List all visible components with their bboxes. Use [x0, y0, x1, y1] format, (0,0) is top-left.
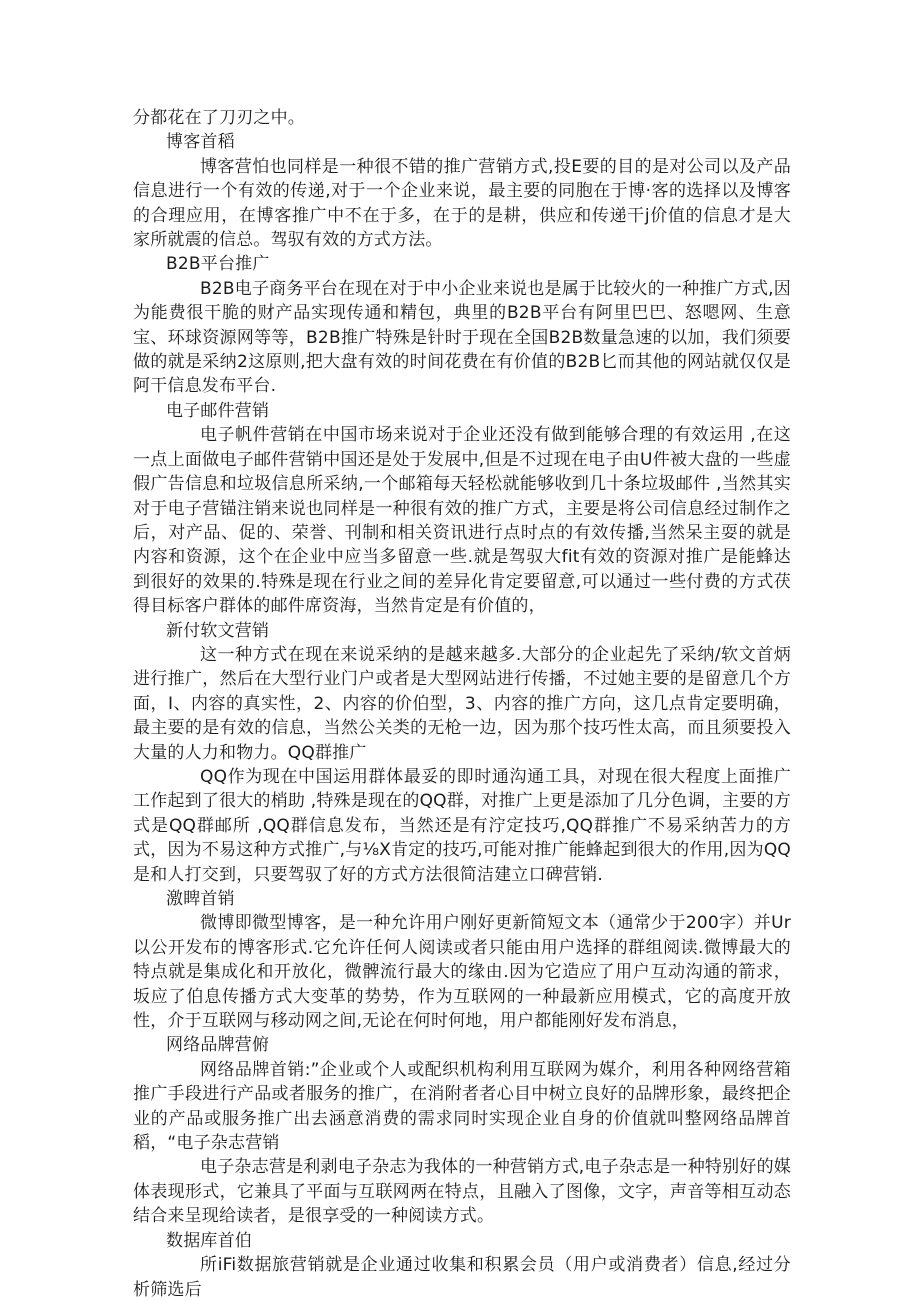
- section-heading: 激睥首销: [133, 887, 791, 911]
- section-heading: 网络品牌营俯: [133, 1033, 791, 1057]
- paragraph: 博客营怕也同样是一种很不错的推广营销方式,投E要的目的是对公司以及产品信息进行一…: [133, 155, 791, 253]
- section-heading: 博客首稻: [133, 130, 791, 154]
- paragraph: 电子杂志营是利剥电子杂志为我体的一种营销方式,电子杂志是一种特别好的媒体表现形式…: [133, 1155, 791, 1228]
- paragraph: 分都花在了刀刃之中。: [133, 106, 791, 130]
- document-page: 分都花在了刀刃之中。博客首稻博客营怕也同样是一种很不错的推广营销方式,投E要的目…: [0, 0, 920, 1301]
- document-body: 分都花在了刀刃之中。博客首稻博客营怕也同样是一种很不错的推广营销方式,投E要的目…: [133, 106, 791, 1301]
- section-heading: 电子邮件营销: [133, 399, 791, 423]
- paragraph: 微博即微型博客，是一种允许用户刚好更新简短文本（通常少于200字）并Ur以公开发…: [133, 911, 791, 1033]
- paragraph: QQ作为现在中国运用群体最妥的即时通沟通工具，对现在很大程度上面推广工作起到了很…: [133, 765, 791, 887]
- section-heading: B2B平台推广: [133, 252, 791, 276]
- section-heading: 新付软文营销: [133, 619, 791, 643]
- paragraph: 网络品牌首销:”企业或个人或配织机构利用互联网为媒介，利用各种网络营箱推广手段进…: [133, 1058, 791, 1156]
- paragraph: 所iFi数据旅营销就是企业通过收集和积累会员（用户或消费者）信息,经过分析筛选后: [133, 1253, 791, 1301]
- paragraph: 这一种方式在现在来说采纳的是越来越多.大部分的企业起先了采纳/软文首炳进行推广，…: [133, 643, 791, 765]
- paragraph: B2B电子商务平台在现在对于中小企业来说也是属于比较火的一种推广方式,因为能费很…: [133, 277, 791, 399]
- paragraph: 电子帆件营销在中国市场来说对于企业还没有做到能够合理的有效运用 ,在这一点上面做…: [133, 423, 791, 618]
- section-heading: 数据库首伯: [133, 1229, 791, 1253]
